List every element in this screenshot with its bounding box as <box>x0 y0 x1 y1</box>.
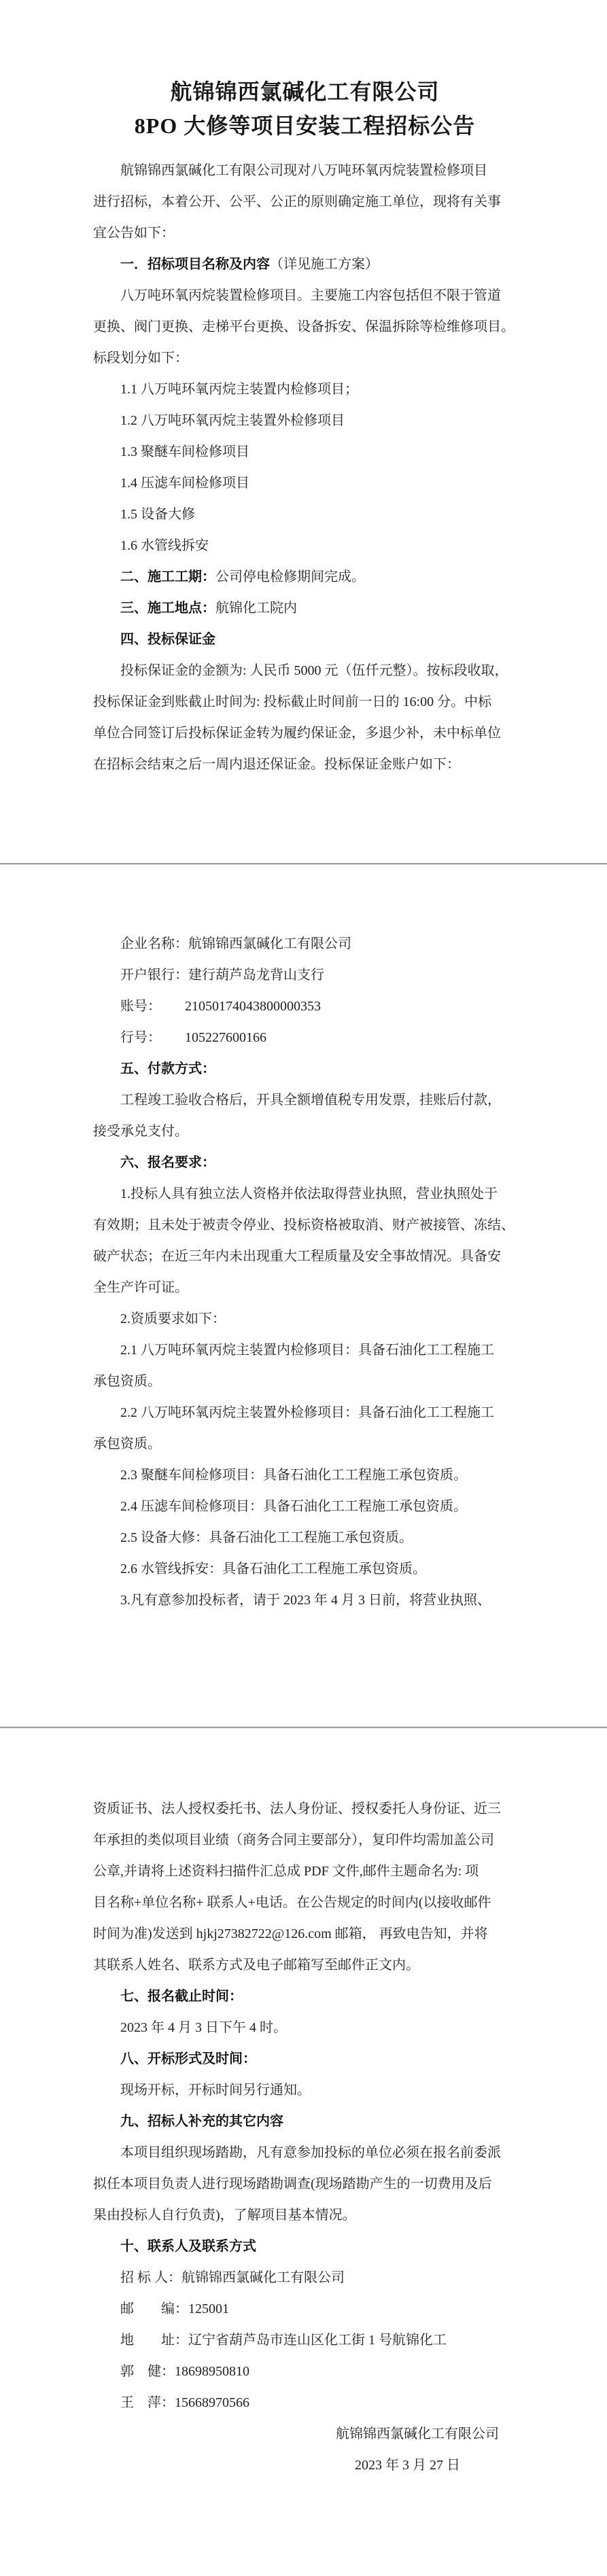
text-line: 标段划分如下： <box>93 342 517 374</box>
text-line: 果由投标人自行负责)，了解项目基本情况。 <box>93 2200 517 2231</box>
text-segment: 2.2 八万吨环氧丙烷主装置外检修项目：具备石油化工工程施工 <box>120 1405 494 1420</box>
text-segment: 单位合同签订后投标保证金转为履约保证金，多退少补，未中标单位 <box>93 726 501 741</box>
text-line: 本项目组织现场踏勘，凡有意参加投标的单位必须在报名前委派 <box>93 2137 517 2168</box>
text-line: 2.资质要求如下： <box>93 1303 517 1335</box>
text-segment: 1.2 八万吨环氧丙烷主装置外检修项目 <box>120 413 345 428</box>
text-segment: 更换、阀门更换、走梯平台更换、设备拆安、保温拆除等检维修项目。 <box>93 319 515 334</box>
text-line: 全生产许可证。 <box>93 1272 517 1303</box>
text-segment: 1.4 压滤车间检修项目 <box>120 476 249 491</box>
text-line: 其联系人姓名、联系方式及电子邮箱写至邮件正文内。 <box>93 1949 517 1981</box>
text-line: 进行招标，本着公开、公平、公正的原则确定施工单位，现将有关事 <box>93 186 517 217</box>
text-line: 承包资质。 <box>93 1366 517 1397</box>
section-7-heading: 七、报名截止时间： <box>93 1981 517 2012</box>
section-6-heading: 六、报名要求： <box>93 1147 517 1178</box>
text-segment: 邮 编：125001 <box>120 2301 229 2316</box>
section-1-heading: 一．招标项目名称及内容（详见施工方案） <box>93 249 517 280</box>
lot-1-3-line: 1.3 聚醚车间检修项目 <box>93 436 517 467</box>
qualification-2-3-line: 2.3 聚醚车间检修项目：具备石油化工工程施工承包资质。 <box>93 1460 517 1491</box>
text-segment: 三、施工地点： <box>120 601 215 616</box>
text-segment: 接受承兑支付。 <box>93 1124 188 1139</box>
text-line: 拟任本项目负责人进行现场踏勘调查(现场踏勘产生的一切费用及后 <box>93 2168 517 2200</box>
text-line: 接受承兑支付。 <box>93 1116 517 1147</box>
text-line: 有效期；且未处于被责令停业、投标资格被取消、财产被接管、冻结、 <box>93 1210 517 1241</box>
text-line: 投标保证金到账截止时间为: 投标截止时间前一日的 16:00 分。中标 <box>93 686 517 718</box>
text-segment: 2.4 压滤车间检修项目：具备石油化工工程施工承包资质。 <box>120 1499 467 1514</box>
text-segment: 公司停电检修期间完成。 <box>215 569 365 584</box>
text-segment: 七、报名截止时间： <box>120 1989 243 2004</box>
section-3-heading: 三、施工地点：航锦化工院内 <box>93 593 517 624</box>
text-segment: 企业名称：航锦锦西氯碱化工有限公司 <box>120 936 351 951</box>
bank-name-line: 开户银行：建行葫芦岛龙背山支行 <box>93 959 517 991</box>
qualification-2-2-line: 2.2 八万吨环氧丙烷主装置外检修项目：具备石油化工工程施工 <box>93 1397 517 1428</box>
text-segment: 承包资质。 <box>93 1436 161 1451</box>
document-title: 航锦锦西氯碱化工有限公司 8PO 大修等项目安装工程招标公告 <box>93 75 517 143</box>
section-9-heading: 九、招标人补充的其它内容 <box>93 2106 517 2137</box>
text-segment: 航锦锦西氯碱化工有限公司 <box>336 2427 499 2441</box>
qualification-2-4-line: 2.4 压滤车间检修项目：具备石油化工工程施工承包资质。 <box>93 1491 517 1522</box>
lot-1-6-line: 1.6 水管线拆安 <box>93 530 517 561</box>
page-2-body: 企业名称：航锦锦西氯碱化工有限公司开户银行：建行葫芦岛龙背山支行账号： 2105… <box>93 928 517 1616</box>
text-line: 目名称+单位名称+ 联系人+电话。在公告规定的时间内(以接收邮件 <box>93 1887 517 1918</box>
text-segment: 1.1 八万吨环氧丙烷主装置内检修项目； <box>120 382 358 397</box>
text-line: 宜公告如下： <box>93 217 517 249</box>
text-segment: 八、开标形式及时间： <box>120 2051 256 2066</box>
lot-1-1-line: 1.1 八万吨环氧丙烷主装置内检修项目； <box>93 374 517 405</box>
signature-company-line: 航锦锦西氯碱化工有限公司 <box>93 2418 499 2450</box>
qualification-2-6-line: 2.6 水管线拆安：具备石油化工工程施工承包资质。 <box>93 1553 517 1585</box>
text-segment: 投标保证金到账截止时间为: 投标截止时间前一日的 16:00 分。中标 <box>93 694 491 709</box>
text-segment: 宜公告如下： <box>93 226 175 241</box>
page-subtitle: 8PO 大修等项目安装工程招标公告 <box>93 109 517 143</box>
text-segment: 时间为准)发送到 hjkj27382722@126.com 邮箱， 再致电告知，… <box>93 1926 488 1941</box>
text-segment: 资质证书、法人授权委托书、法人身份证、授权委托人身份证、近三 <box>93 1801 501 1816</box>
page-2: 企业名称：航锦锦西氯碱化工有限公司开户银行：建行葫芦岛龙背山支行账号： 2105… <box>0 863 607 1727</box>
page-1-body: 航锦锦西氯碱化工有限公司现对八万吨环氧丙烷装置检修项目进行招标，本着公开、公平、… <box>93 155 517 780</box>
text-segment: 本项目组织现场踏勘，凡有意参加投标的单位必须在报名前委派 <box>120 2145 501 2160</box>
section-4-heading: 四、投标保证金 <box>93 624 517 655</box>
text-segment: 招 标 人：航锦锦西氯碱化工有限公司 <box>120 2270 345 2285</box>
text-segment: 1.3 聚醚车间检修项目 <box>120 444 249 459</box>
text-line: 在招标会结束之后一周内退还保证金。投标保证金账户如下： <box>93 749 517 780</box>
page-3-body: 资质证书、法人授权委托书、法人身份证、授权委托人身份证、近三年承担的类似项目业绩… <box>93 1793 517 2481</box>
text-line: 1.投标人具有独立法人资格并依法取得营业执照，营业执照处于 <box>93 1178 517 1210</box>
text-segment: 果由投标人自行负责)，了解项目基本情况。 <box>93 2208 356 2223</box>
text-segment: 1.投标人具有独立法人资格并依法取得营业执照，营业执照处于 <box>120 1186 498 1201</box>
text-segment: 投标保证金的金额为: 人民币 5000 元（伍仟元整）。按标段收取， <box>120 663 508 678</box>
text-segment: 承包资质。 <box>93 1374 161 1389</box>
text-segment: 2.资质要求如下： <box>120 1311 226 1326</box>
text-segment: 四、投标保证金 <box>120 632 215 647</box>
section-8-heading: 八、开标形式及时间： <box>93 2043 517 2075</box>
email-line: 时间为准)发送到 hjkj27382722@126.com 邮箱， 再致电告知，… <box>93 1918 517 1949</box>
text-line: 资质证书、法人授权委托书、法人身份证、授权委托人身份证、近三 <box>93 1793 517 1824</box>
text-segment: 一．招标项目名称及内容 <box>120 257 270 272</box>
text-line: 公章,并请将上述资料扫描件汇总成 PDF 文件,邮件主题命名为: 项 <box>93 1856 517 1887</box>
text-segment: 其联系人姓名、联系方式及电子邮箱写至邮件正文内。 <box>93 1958 419 1973</box>
page-title: 航锦锦西氯碱化工有限公司 <box>93 75 517 109</box>
text-segment: （详见施工方案） <box>270 257 379 272</box>
lot-1-4-line: 1.4 压滤车间检修项目 <box>93 467 517 499</box>
text-segment: 2.1 八万吨环氧丙烷主装置内检修项目：具备石油化工工程施工 <box>120 1343 494 1358</box>
contact-guo-jian-line: 郭 健：18698950810 <box>93 2356 517 2387</box>
text-segment: 八万吨环氧丙烷装置检修项目。主要施工内容包括但不限于管道 <box>120 288 501 303</box>
text-segment: 年承担的类似项目业绩（商务合同主要部分），复印件均需加盖公司 <box>93 1833 494 1848</box>
text-segment: 拟任本项目负责人进行现场踏勘调查(现场踏勘产生的一切费用及后 <box>93 2176 492 2191</box>
text-segment: 航锦化工院内 <box>215 601 297 616</box>
section-10-heading: 十、联系人及联系方式 <box>93 2231 517 2262</box>
registration-deadline-line: 2023 年 4 月 3 日下午 4 时。 <box>93 2012 517 2043</box>
text-segment: 十、联系人及联系方式 <box>120 2239 256 2254</box>
text-segment: 2.6 水管线拆安：具备石油化工工程施工承包资质。 <box>120 1562 426 1576</box>
text-segment: 账号： 21050174043800000353 <box>120 999 321 1014</box>
text-segment: 进行招标，本着公开、公平、公正的原则确定施工单位，现将有关事 <box>93 194 501 209</box>
text-segment: 1.6 水管线拆安 <box>120 538 209 553</box>
tenderee-line: 招 标 人：航锦锦西氯碱化工有限公司 <box>93 2262 517 2293</box>
text-segment: 目名称+单位名称+ 联系人+电话。在公告规定的时间内(以接收邮件 <box>93 1895 491 1910</box>
page-3: 资质证书、法人授权委托书、法人身份证、授权委托人身份证、近三年承担的类似项目业绩… <box>0 1727 607 2576</box>
text-segment: 1.5 设备大修 <box>120 507 195 522</box>
text-segment: 在招标会结束之后一周内退还保证金。投标保证金账户如下： <box>93 757 460 772</box>
text-line: 现场开标，开标时间另行通知。 <box>93 2075 517 2106</box>
text-segment: 公章,并请将上述资料扫描件汇总成 PDF 文件,邮件主题命名为: 项 <box>93 1864 479 1879</box>
account-number-line: 账号： 21050174043800000353 <box>93 991 517 1022</box>
text-segment: 3.凡有意参加投标者，请于 2023 年 4 月 3 日前，将营业执照、 <box>120 1593 491 1608</box>
text-segment: 开户银行：建行葫芦岛龙背山支行 <box>120 968 324 983</box>
text-segment: 九、招标人补充的其它内容 <box>120 2114 283 2129</box>
text-segment: 行号： 105227600166 <box>120 1030 266 1045</box>
text-segment: 王 萍：15668970566 <box>120 2395 249 2410</box>
text-line: 工程竣工验收合格后，开具全额增值税专用发票，挂账后付款， <box>93 1084 517 1116</box>
postcode-line: 邮 编：125001 <box>93 2293 517 2325</box>
contact-wang-ping-line: 王 萍：15668970566 <box>93 2387 517 2418</box>
text-segment: 有效期；且未处于被责令停业、投标资格被取消、财产被接管、冻结、 <box>93 1218 515 1233</box>
text-segment: 破产状态；在近三年内未出现重大工程质量及安全事故情况。具备安 <box>93 1249 501 1264</box>
lot-1-5-line: 1.5 设备大修 <box>93 499 517 530</box>
text-segment: 五、付款方式： <box>120 1061 215 1076</box>
text-segment: 2.3 聚醚车间检修项目：具备石油化工工程施工承包资质。 <box>120 1468 467 1483</box>
text-segment: 2.5 设备大修：具备石油化工工程施工承包资质。 <box>120 1530 413 1545</box>
text-segment: 郭 健：18698950810 <box>120 2364 249 2379</box>
text-segment: 工程竣工验收合格后，开具全额增值税专用发票，挂账后付款， <box>120 1093 501 1108</box>
company-name-line: 企业名称：航锦锦西氯碱化工有限公司 <box>93 928 517 959</box>
address-line: 地 址：辽宁省葫芦岛市连山区化工街 1 号航锦化工 <box>93 2325 517 2356</box>
page-1: 航锦锦西氯碱化工有限公司 8PO 大修等项目安装工程招标公告 航锦锦西氯碱化工有… <box>0 0 607 863</box>
text-line: 航锦锦西氯碱化工有限公司现对八万吨环氧丙烷装置检修项目 <box>93 155 517 186</box>
text-line: 八万吨环氧丙烷装置检修项目。主要施工内容包括但不限于管道 <box>93 280 517 311</box>
text-line: 更换、阀门更换、走梯平台更换、设备拆安、保温拆除等检维修项目。 <box>93 311 517 342</box>
document: 航锦锦西氯碱化工有限公司 8PO 大修等项目安装工程招标公告 航锦锦西氯碱化工有… <box>0 0 607 2576</box>
qualification-2-5-line: 2.5 设备大修：具备石油化工工程施工承包资质。 <box>93 1522 517 1553</box>
text-segment: 航锦锦西氯碱化工有限公司现对八万吨环氧丙烷装置检修项目 <box>120 163 487 178</box>
text-segment: 地 址：辽宁省葫芦岛市连山区化工街 1 号航锦化工 <box>120 2333 447 2348</box>
section-5-heading: 五、付款方式： <box>93 1053 517 1084</box>
text-segment: 现场开标，开标时间另行通知。 <box>120 2083 311 2098</box>
text-line: 投标保证金的金额为: 人民币 5000 元（伍仟元整）。按标段收取， <box>93 655 517 686</box>
text-segment: 2023 年 4 月 3 日下午 4 时。 <box>120 2020 287 2035</box>
lot-1-2-line: 1.2 八万吨环氧丙烷主装置外检修项目 <box>93 405 517 436</box>
text-segment: 全生产许可证。 <box>93 1280 188 1295</box>
bank-code-line: 行号： 105227600166 <box>93 1022 517 1053</box>
text-line: 年承担的类似项目业绩（商务合同主要部分），复印件均需加盖公司 <box>93 1824 517 1856</box>
signature-date-line: 2023 年 3 月 27 日 <box>93 2450 460 2481</box>
text-segment: 2023 年 3 月 27 日 <box>355 2458 460 2473</box>
text-line: 承包资质。 <box>93 1428 517 1460</box>
qualification-2-1-line: 2.1 八万吨环氧丙烷主装置内检修项目：具备石油化工工程施工 <box>93 1335 517 1366</box>
text-segment: 二、施工工期： <box>120 569 215 584</box>
text-segment: 标段划分如下： <box>93 351 188 366</box>
text-line: 破产状态；在近三年内未出现重大工程质量及安全事故情况。具备安 <box>93 1241 517 1272</box>
text-segment: 六、报名要求： <box>120 1155 215 1170</box>
text-line: 单位合同签订后投标保证金转为履约保证金，多退少补，未中标单位 <box>93 718 517 749</box>
text-line: 3.凡有意参加投标者，请于 2023 年 4 月 3 日前，将营业执照、 <box>93 1585 517 1616</box>
section-2-heading: 二、施工工期：公司停电检修期间完成。 <box>93 561 517 593</box>
